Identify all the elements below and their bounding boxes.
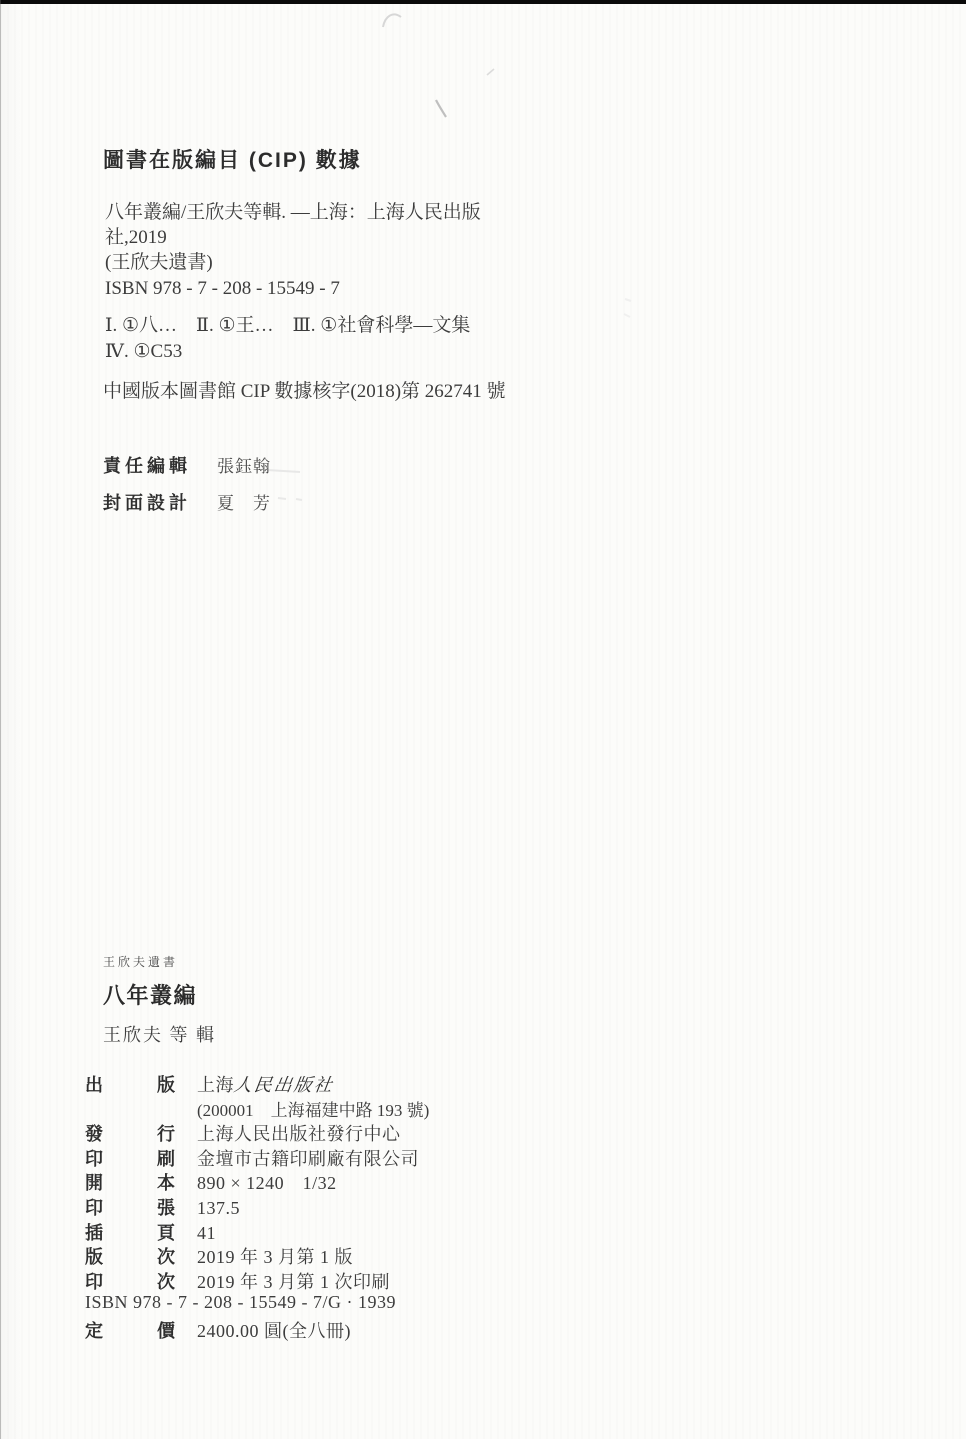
cip-heading: 圖書在版編目 (CIP) 數據 <box>103 144 362 174</box>
publication-label-char: 本 <box>157 1169 175 1195</box>
cip-classification: Ⅰ. ①八… Ⅱ. ①王… Ⅲ. ①社會科學—文集 Ⅳ. ①C53 <box>105 313 470 364</box>
publication-value: 上海人民出版社發行中心 <box>197 1120 401 1146</box>
publisher-name-prefix: 上海 <box>197 1075 234 1095</box>
publication-label-char: 出 <box>85 1071 103 1097</box>
credit-row-cover-design: 封面設計 夏 芳 <box>103 489 271 509</box>
publication-label: 插 頁 <box>85 1219 175 1245</box>
publication-label: 出 版 <box>85 1071 175 1097</box>
publication-row-inserts: 插 頁 41 <box>85 1219 429 1244</box>
publication-row-edition: 版 次 2019 年 3 月第 1 版 <box>85 1243 429 1268</box>
credit-value: 夏 芳 <box>217 489 271 514</box>
cip-classification-line: Ⅳ. ①C53 <box>105 339 470 365</box>
cip-description-line: 八年叢編/王欣夫等輯. —上海：上海人民出版 <box>105 200 481 225</box>
cip-description-line: 社,2019 <box>105 225 481 250</box>
series-name: 王欣夫遺書 <box>103 953 216 970</box>
publication-label-char: 次 <box>157 1268 175 1294</box>
publication-label: 版 次 <box>85 1243 175 1269</box>
publication-value: 890 × 1240 1/32 <box>197 1169 337 1195</box>
credit-label: 責任編輯 <box>103 452 191 478</box>
publication-value: 金壇市古籍印刷廠有限公司 <box>197 1145 419 1171</box>
scan-edge-top <box>0 0 966 4</box>
publication-value: 2400.00 圓(全八冊) <box>197 1317 351 1343</box>
publication-label-char: 價 <box>157 1317 175 1343</box>
publication-row-price: 定 價 2400.00 圓(全八冊) <box>85 1317 429 1342</box>
publication-value: 137.5 <box>197 1198 240 1219</box>
publication-label: 印 刷 <box>85 1145 175 1171</box>
publisher-logo-script: 人民出版社 <box>232 1071 336 1097</box>
publication-row-isbn: ISBN 978 - 7 - 208 - 15549 - 7/G · 1939 <box>85 1292 429 1317</box>
publication-label-char: 版 <box>85 1243 103 1269</box>
cip-series-note: (王欣夫遺書) <box>105 250 481 275</box>
publication-label-char: 開 <box>85 1169 103 1195</box>
publication-label-char: 印 <box>85 1145 103 1171</box>
book-title: 八年叢編 <box>103 979 216 1010</box>
publication-label: 印 次 <box>85 1268 175 1294</box>
scan-edge-left <box>0 0 1 1439</box>
publication-label-char: 印 <box>85 1268 103 1294</box>
credit-row-editor: 責任編輯 張鈺翰 <box>103 452 271 472</box>
publication-value: 上海人民出版社 <box>197 1071 334 1097</box>
publication-label: 印 張 <box>85 1194 175 1220</box>
book-editors: 王欣夫 等 輯 <box>103 1021 216 1047</box>
publication-row-sheets: 印 張 137.5 <box>85 1194 429 1219</box>
publication-label-char: 定 <box>85 1317 103 1343</box>
publication-label-char: 次 <box>157 1243 175 1269</box>
publication-row-printer: 印 刷 金壇市古籍印刷廠有限公司 <box>85 1145 429 1170</box>
publication-label: 發 行 <box>85 1120 175 1146</box>
cip-classification-line: Ⅰ. ①八… Ⅱ. ①王… Ⅲ. ①社會科學—文集 <box>105 313 470 339</box>
publication-label-char: 插 <box>85 1219 103 1245</box>
publication-row-format: 開 本 890 × 1240 1/32 <box>85 1169 429 1194</box>
publication-value: 2019 年 3 月第 1 版 <box>197 1243 353 1269</box>
publication-label-char: 版 <box>157 1071 175 1097</box>
credit-value: 張鈺翰 <box>217 452 271 477</box>
publication-row-distributor: 發 行 上海人民出版社發行中心 <box>85 1120 429 1145</box>
publication-label-char: 行 <box>157 1120 175 1146</box>
cip-record-number: 中國版本圖書館 CIP 數據核字(2018)第 262741 號 <box>103 376 506 403</box>
publication-info: 出 版 上海人民出版社 (200001 上海福建中路 193 號) 發 行 上海… <box>85 1071 429 1342</box>
publisher-address: (200001 上海福建中路 193 號) <box>197 1096 429 1121</box>
cip-description: 八年叢編/王欣夫等輯. —上海：上海人民出版 社,2019 (王欣夫遺書) IS… <box>105 200 481 301</box>
publication-label: 開 本 <box>85 1169 175 1195</box>
publication-label-char: 印 <box>85 1194 103 1220</box>
publication-label-char: 張 <box>157 1194 175 1220</box>
cip-isbn: ISBN 978 - 7 - 208 - 15549 - 7 <box>105 276 481 301</box>
publication-row-printing: 印 次 2019 年 3 月第 1 次印刷 <box>85 1268 429 1293</box>
publication-label: 定 價 <box>85 1317 175 1343</box>
publication-value: 41 <box>197 1223 216 1244</box>
publication-label-char: 刷 <box>157 1145 175 1171</box>
publication-value: 2019 年 3 月第 1 次印刷 <box>197 1268 390 1294</box>
publication-label-char: 發 <box>85 1120 103 1146</box>
credits-section: 責任編輯 張鈺翰 封面設計 夏 芳 <box>103 452 271 526</box>
publication-isbn: ISBN 978 - 7 - 208 - 15549 - 7/G · 1939 <box>85 1292 396 1313</box>
publication-row-publisher: 出 版 上海人民出版社 <box>85 1071 429 1096</box>
colophon-page: 圖書在版編目 (CIP) 數據 八年叢編/王欣夫等輯. —上海：上海人民出版 社… <box>0 0 966 1439</box>
publication-row-address: (200001 上海福建中路 193 號) <box>85 1096 429 1121</box>
credit-label: 封面設計 <box>103 489 191 515</box>
publication-label-char: 頁 <box>157 1219 175 1245</box>
title-block: 王欣夫遺書 八年叢編 王欣夫 等 輯 <box>103 953 216 1047</box>
